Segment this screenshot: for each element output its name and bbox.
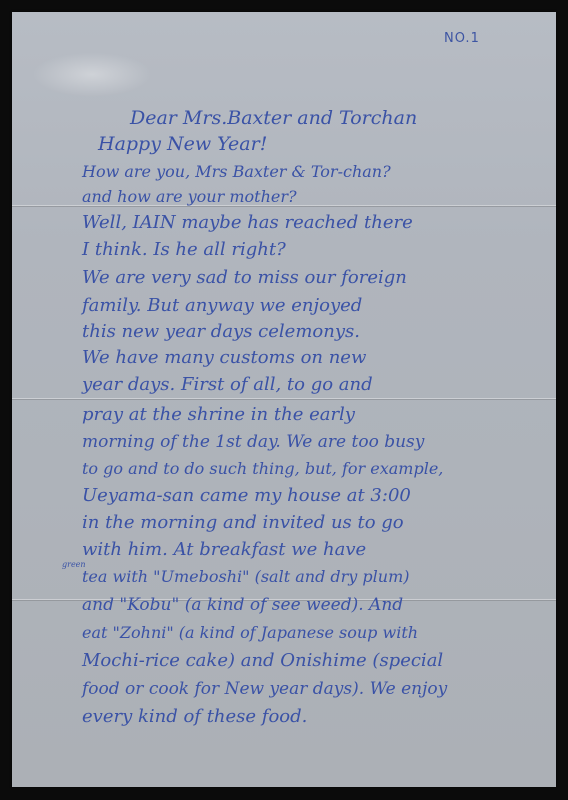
letter-line: this new year days celemonys. [82,322,360,342]
letter-line: and how are your mother? [82,187,297,207]
letter-line: How are you, Mrs Baxter & Tor-chan? [82,162,391,182]
letter-line: eat "Zohni" (a kind of Japanese soup wit… [82,623,418,643]
page-number: NO.1 [444,31,480,46]
letter-line: in the morning and invited us to go [82,513,404,533]
letter-line: morning of the 1st day. We are too busy [82,432,424,452]
greeting: Happy New Year! [98,134,267,154]
fold-line [12,398,556,400]
letter-page: NO.1 Dear Mrs.Baxter and Torchan Happy N… [12,12,556,787]
letter-line: We are very sad to miss our foreign [82,268,407,288]
letter-line: Mochi-rice cake) and Onishime (special [82,651,443,671]
letter-line: with him. At breakfast we have [82,540,366,560]
letter-line: every kind of these food. [82,707,307,727]
letter-line: to go and to do such thing, but, for exa… [82,459,443,479]
letter-line: pray at the shrine in the early [82,405,355,425]
letter-line: tea with "Umeboshi" (salt and dry plum) [82,567,409,587]
letter-line: family. But anyway we enjoyed [82,296,362,316]
letter-line: Well, IAIN maybe has reached there [82,213,413,233]
letter-line: I think. Is he all right? [82,240,286,260]
letter-line: and "Kobu" (a kind of see weed). And [82,595,403,615]
letter-line: food or cook for New year days). We enjo… [82,679,447,699]
letter-line: We have many customs on new [82,348,366,368]
letter-line: year days. First of all, to go and [82,375,373,395]
letter-line: Ueyama-san came my house at 3:00 [82,486,411,506]
salutation: Dear Mrs.Baxter and Torchan [130,108,417,128]
